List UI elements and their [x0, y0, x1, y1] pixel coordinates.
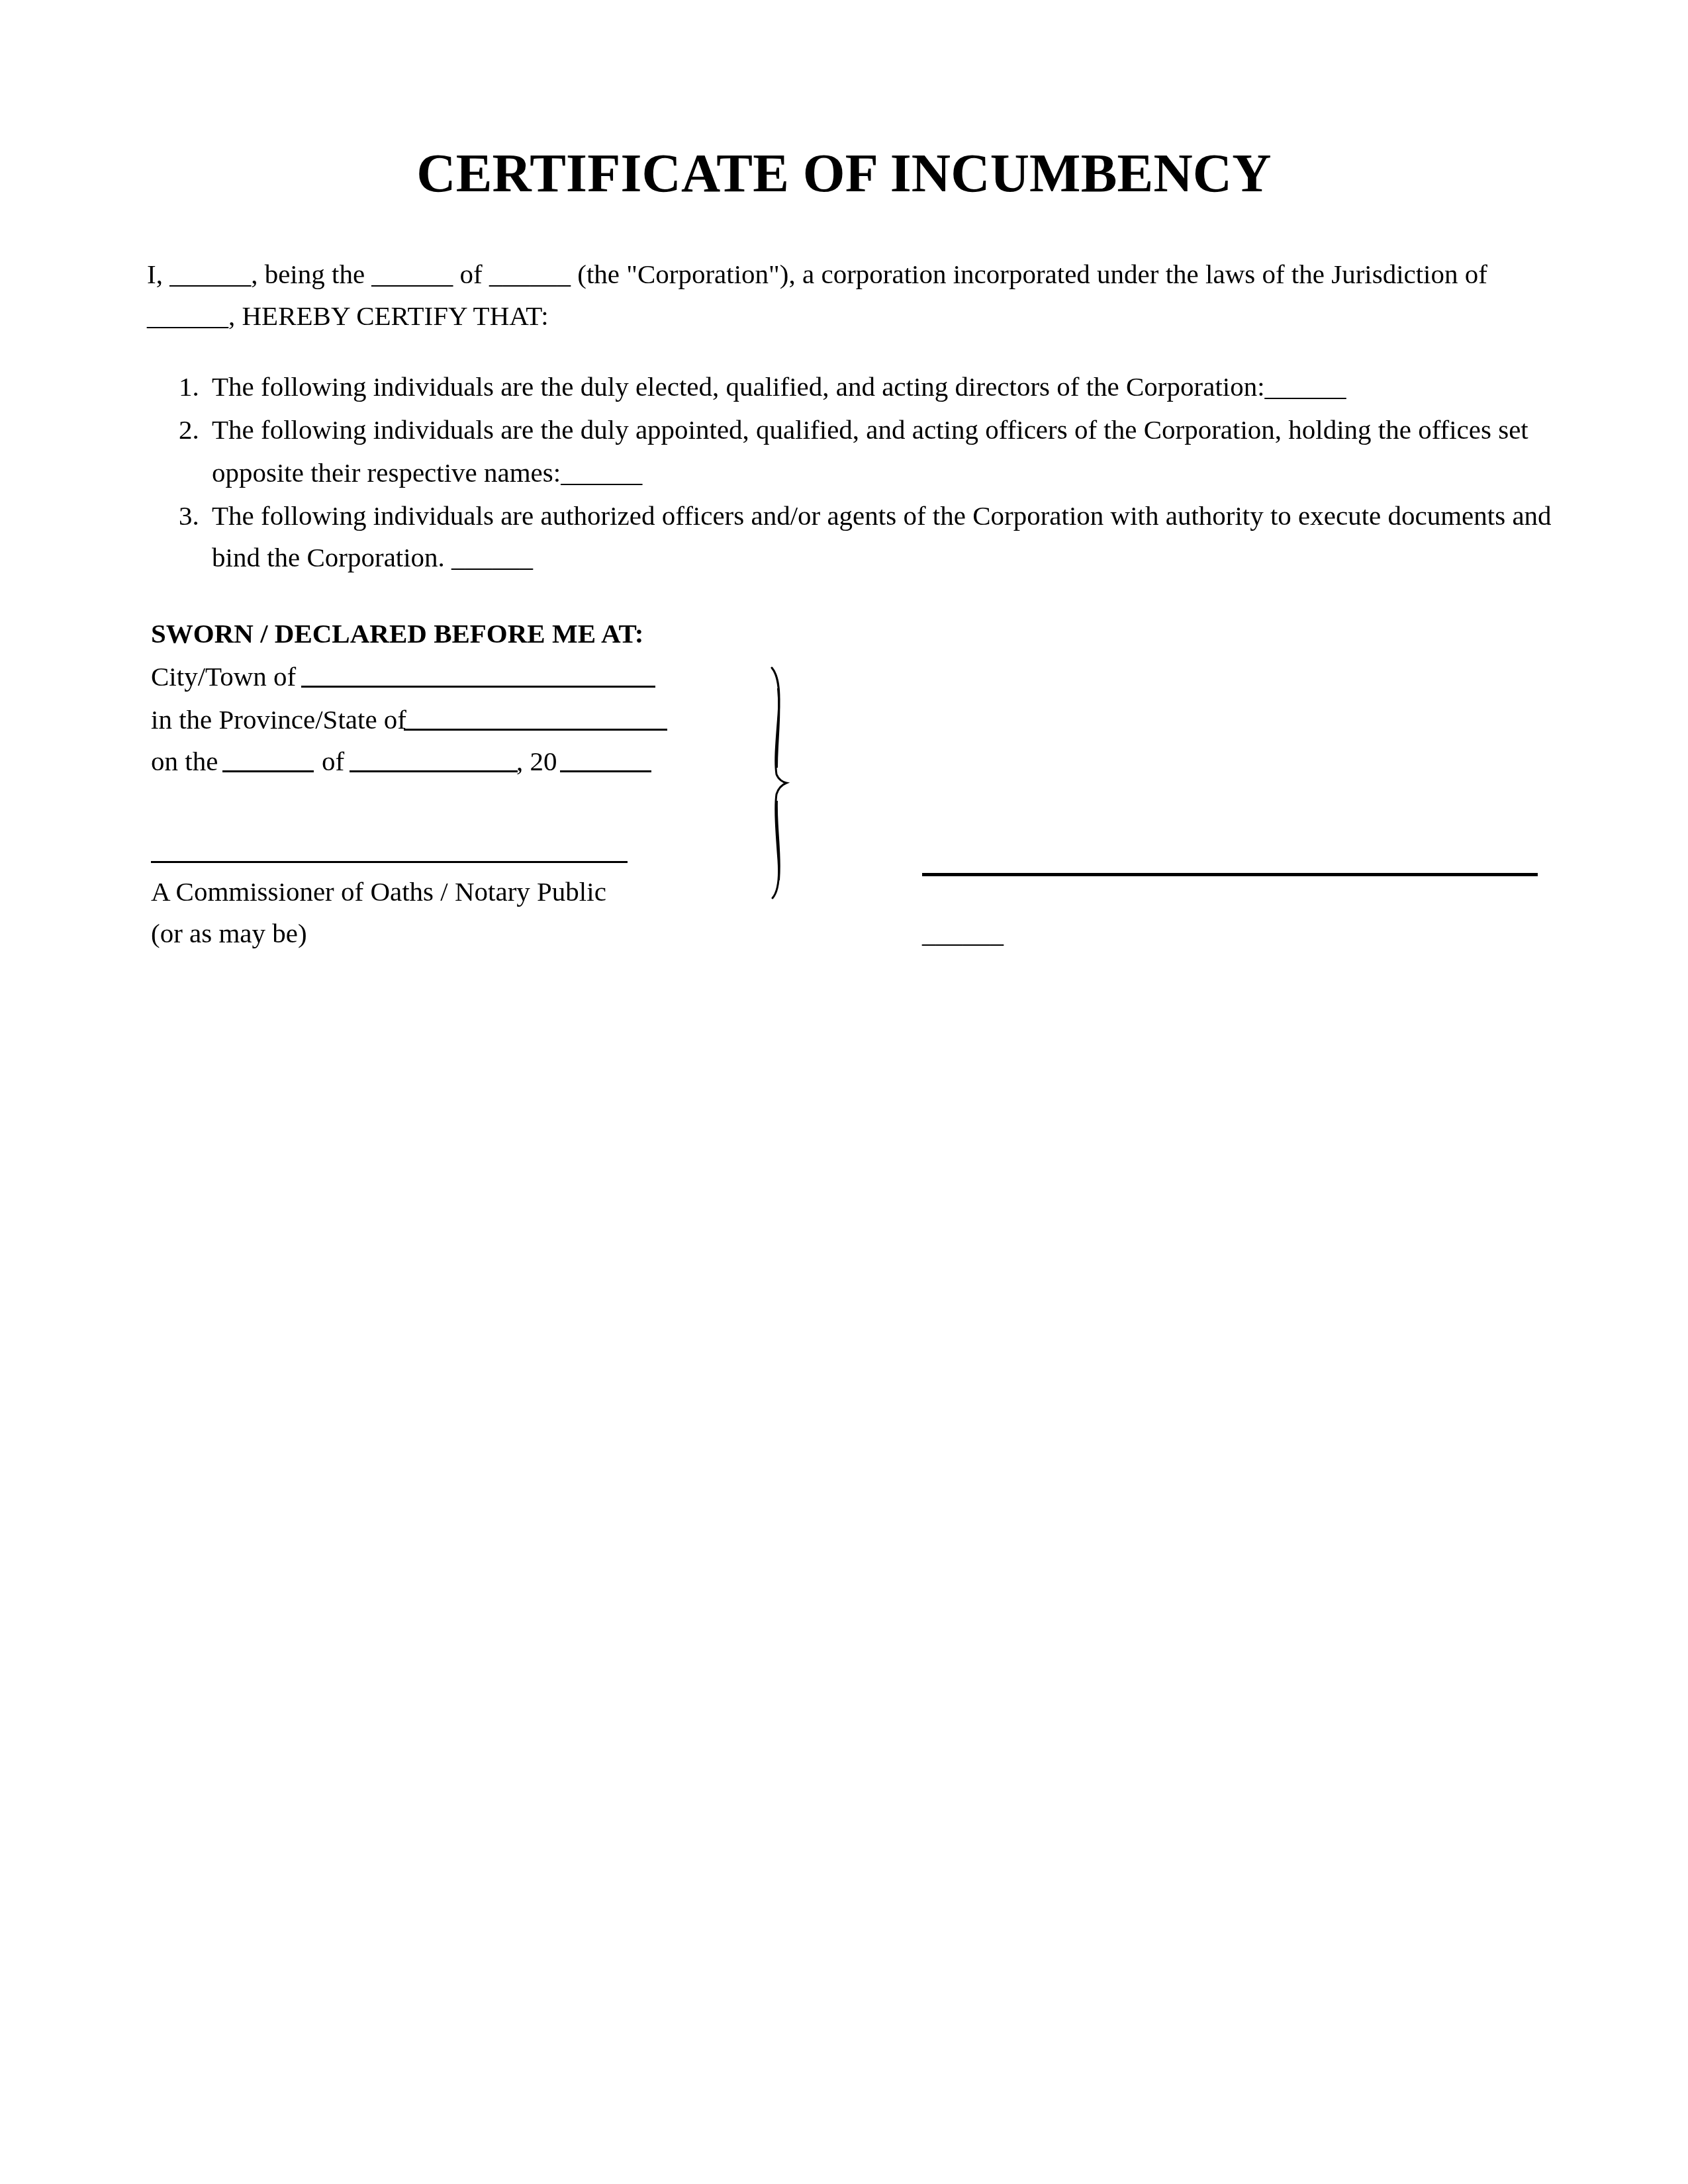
- deponent-name-blank[interactable]: ______: [922, 917, 1004, 950]
- list-number: 2.: [179, 413, 199, 446]
- date-of-label: of: [322, 745, 344, 778]
- date-year-field[interactable]: [560, 770, 651, 772]
- list-item-text-continued: bind the Corporation. ______: [212, 541, 533, 574]
- deponent-signature-line[interactable]: [922, 873, 1538, 876]
- list-item-text-continued: opposite their respective names:______: [212, 456, 642, 489]
- list-number: 3.: [179, 499, 199, 532]
- commissioner-title: A Commissioner of Oaths / Notary Public: [151, 875, 606, 908]
- date-prefix-label: on the: [151, 745, 218, 778]
- date-month-field[interactable]: [350, 770, 518, 772]
- province-label: in the Province/State of: [151, 703, 406, 736]
- document-page: CERTIFICATE OF INCUMBENCY I, ______, bei…: [0, 0, 1688, 2184]
- list-item-text: The following individuals are authorized…: [212, 499, 1552, 532]
- date-day-field[interactable]: [222, 770, 314, 772]
- city-field[interactable]: [301, 686, 655, 688]
- jurat-heading: SWORN / DECLARED BEFORE ME AT:: [151, 617, 644, 650]
- list-number: 1.: [179, 370, 199, 403]
- commissioner-signature-line[interactable]: [151, 861, 628, 863]
- list-item-text: The following individuals are the duly e…: [212, 370, 1346, 403]
- intro-line-2: ______, HEREBY CERTIFY THAT:: [147, 299, 549, 332]
- right-curly-brace-icon: [758, 662, 798, 907]
- commissioner-note: (or as may be): [151, 917, 307, 950]
- intro-line-1: I, ______, being the ______ of ______ (t…: [147, 257, 1487, 291]
- city-label: City/Town of: [151, 660, 296, 693]
- document-title: CERTIFICATE OF INCUMBENCY: [0, 140, 1688, 206]
- province-field[interactable]: [404, 729, 667, 731]
- list-item-text: The following individuals are the duly a…: [212, 413, 1528, 446]
- date-year-prefix: , 20: [516, 745, 557, 778]
